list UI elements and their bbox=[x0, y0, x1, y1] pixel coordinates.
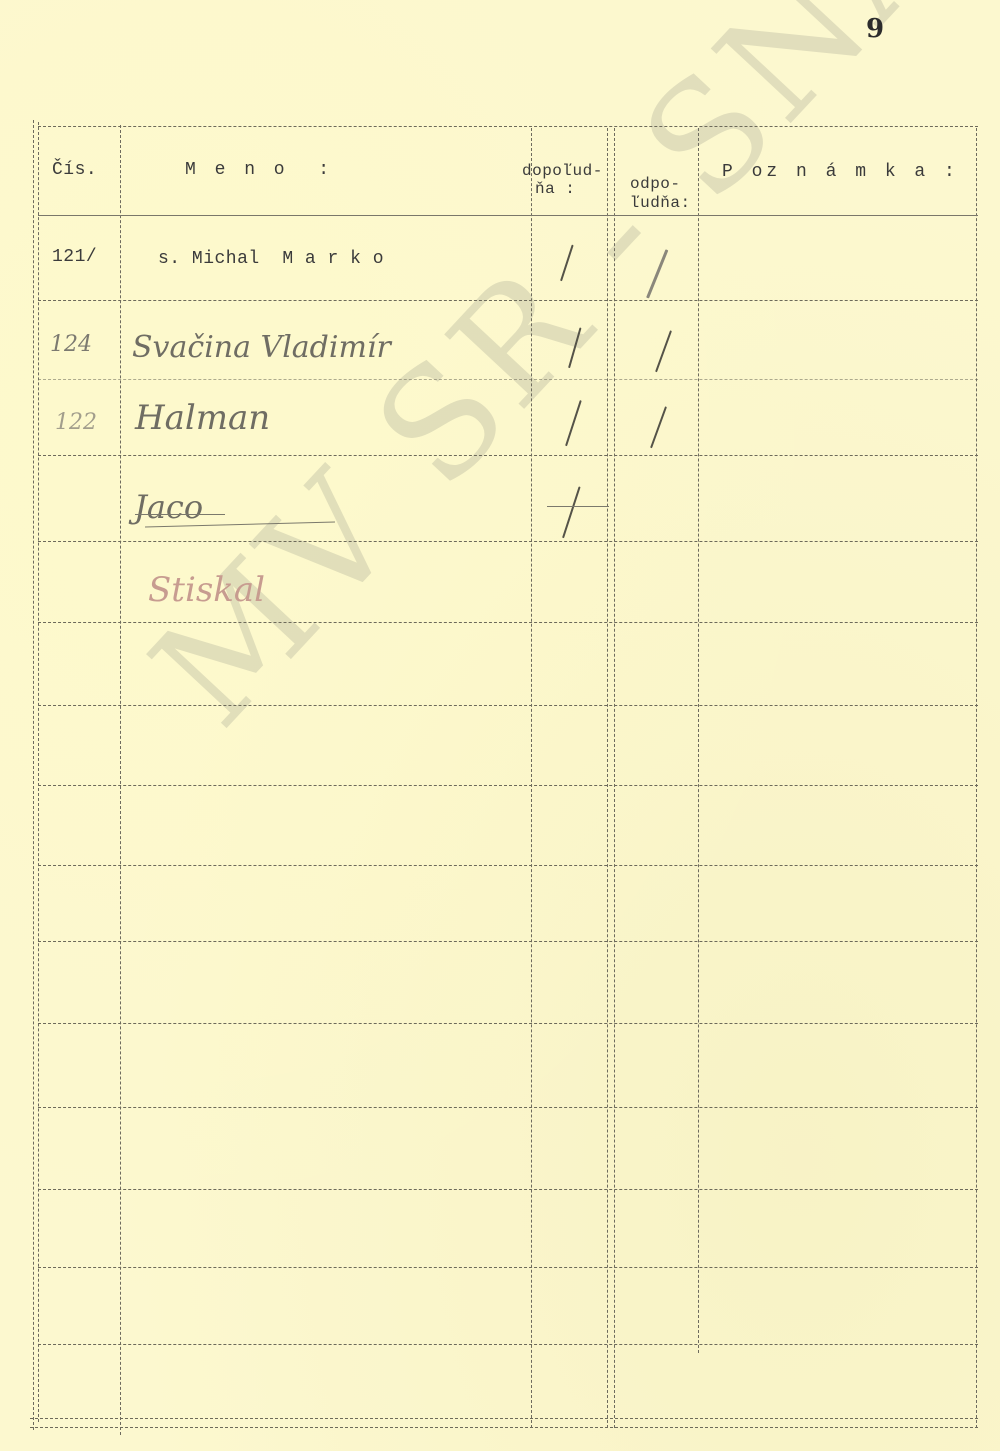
row-meno: s. Michal M a r k o bbox=[158, 249, 384, 269]
row-line-2 bbox=[38, 455, 978, 456]
page-number: 9 bbox=[866, 14, 884, 44]
row-line-6 bbox=[38, 785, 978, 786]
row-line-8 bbox=[38, 941, 978, 942]
column-divider-meno bbox=[531, 128, 532, 1428]
row-cislo: 121/ bbox=[52, 247, 97, 267]
paper-background bbox=[0, 0, 1000, 1451]
row-line-12 bbox=[38, 1267, 978, 1268]
column-divider-dopoludnia-b bbox=[614, 128, 615, 1428]
row-meno: Halman bbox=[135, 398, 270, 438]
row-meno: Svačina Vladimír bbox=[132, 330, 391, 365]
table-right-border bbox=[976, 128, 977, 1428]
header-cislo: Čís. bbox=[52, 160, 97, 180]
row-line-4 bbox=[38, 622, 978, 623]
header-dopoludnia-line1: dopoľud- bbox=[522, 163, 603, 179]
row-line-10 bbox=[38, 1107, 978, 1108]
header-odpoludnia-line1: odpo- bbox=[630, 176, 681, 192]
table-top-border bbox=[38, 126, 978, 127]
row-line-3 bbox=[38, 541, 978, 542]
header-bottom-line bbox=[38, 215, 978, 216]
column-divider-odpoludnia bbox=[698, 128, 699, 1353]
header-dopoludnia-line2: ňa : bbox=[535, 181, 575, 197]
row-cislo: 124 bbox=[50, 332, 92, 357]
strikethrough-line bbox=[135, 514, 225, 515]
header-meno: M e n o : bbox=[185, 160, 333, 180]
row-line-9 bbox=[38, 1023, 978, 1024]
row-meno-struck: Jaco bbox=[134, 488, 203, 526]
table-left-border-inner bbox=[38, 122, 39, 1422]
row-line-5 bbox=[38, 705, 978, 706]
header-odpoludnia-line2: ľudňa: bbox=[630, 195, 691, 211]
dopoludnia-strikethrough bbox=[547, 506, 609, 507]
column-divider-cislo bbox=[120, 125, 121, 1435]
row-line-13 bbox=[38, 1344, 978, 1345]
header-poznamka: P oz n á m k a : bbox=[722, 162, 959, 182]
row-meno: Stiskal bbox=[148, 570, 265, 610]
table-left-border bbox=[33, 120, 34, 1430]
row-line-7 bbox=[38, 865, 978, 866]
table-bottom-line-a bbox=[30, 1418, 978, 1419]
row-cislo: 122 bbox=[55, 410, 97, 435]
row-line-1 bbox=[38, 300, 978, 301]
column-divider-dopoludnia-a bbox=[607, 128, 608, 1428]
row-line-faint bbox=[38, 379, 978, 380]
row-line-11 bbox=[38, 1189, 978, 1190]
table-bottom-line-b bbox=[30, 1427, 978, 1428]
